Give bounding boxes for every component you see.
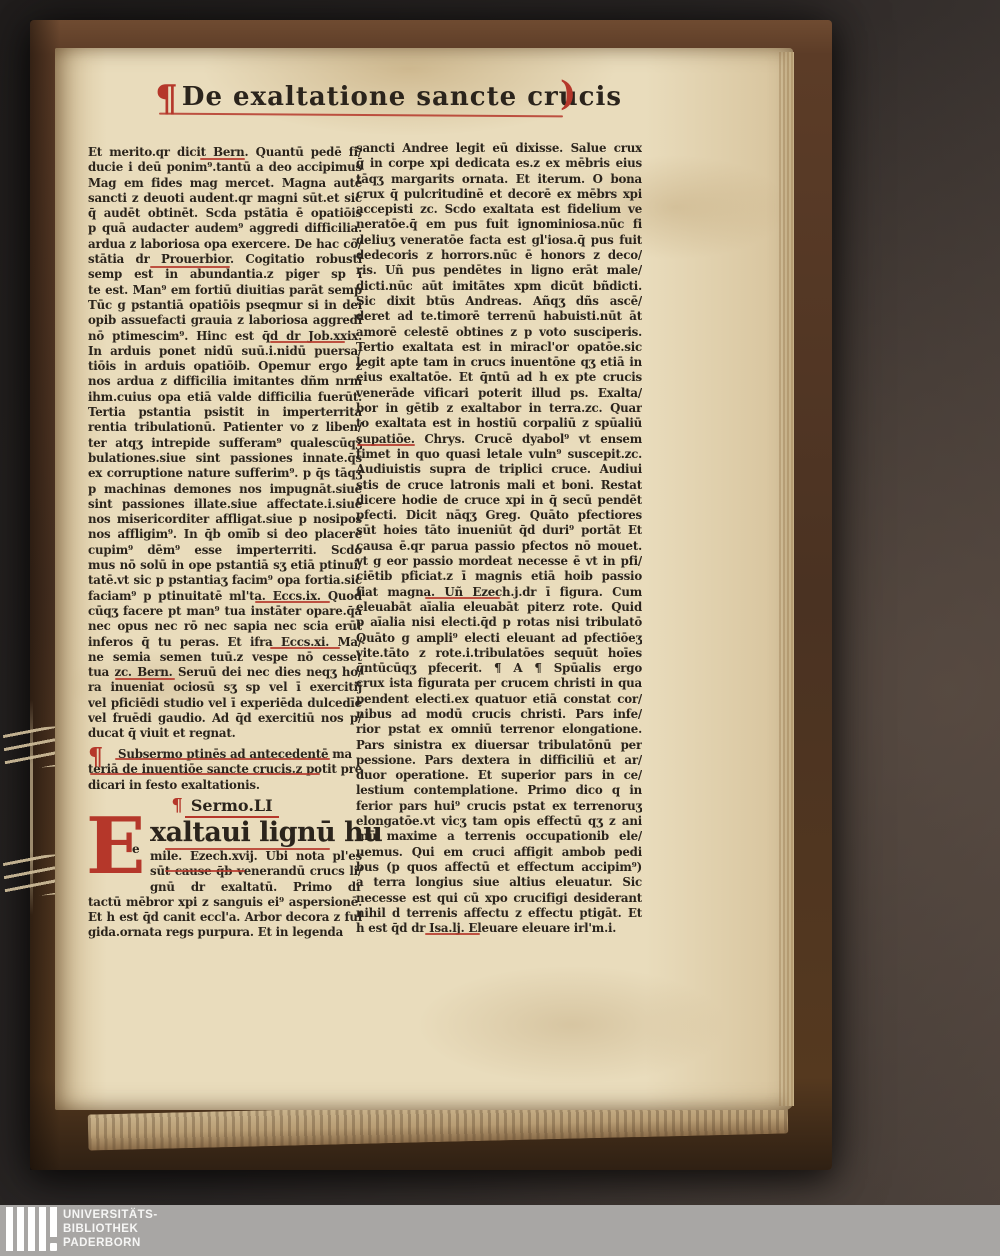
text-line: tatē.vt sic p pstantiaʒ facim⁹ opa forti…: [88, 573, 362, 588]
guide-letter: e: [132, 842, 140, 856]
text-line: bulationes.siue sint passiones innate.q̄…: [88, 451, 362, 466]
text-line: timet in quo quasi letale vuln⁹ suscepit…: [356, 447, 642, 462]
text-line: ducie i deū ponim⁹.tantū a deo accipimus: [88, 160, 362, 175]
text-line: Quāto g ampli⁹ electi eleuant ad pfectiō…: [356, 631, 642, 646]
text-line: a terra longius siue altius eleuatur. Si…: [356, 875, 642, 890]
text-line: nihil d terrenis affectu z effectu ptigā…: [356, 906, 642, 921]
text-line: rentia tribulationū. Patienter vo z libe…: [88, 420, 362, 435]
text-line: q̄ in corpe xpi dedicata es.z ex mēbris …: [356, 156, 642, 171]
page-title: De exaltatione sancte crucis: [182, 82, 622, 112]
text-line: q̄ntūcūqʒ pfecerit. ¶ A ¶ Spūalis ergo: [356, 661, 642, 676]
logo-bar: [39, 1207, 46, 1251]
sewing-thread: [30, 700, 33, 915]
library-footer-band: UNIVERSITÄTS-BIBLIOTHEKPADERBORN: [0, 1205, 1000, 1256]
rubric-underline: [425, 933, 480, 935]
page-fore-edge: [779, 52, 794, 1106]
logo-bar: [28, 1207, 35, 1251]
text-line: PADERBORN: [63, 1236, 158, 1250]
text-line: In arduis ponet nidū suū.i.nidū puersa/: [88, 344, 362, 359]
text-line: ferior pars hui⁹ crucis pstat ex terreno…: [356, 799, 642, 814]
text-line: cūqʒ facere pt man⁹ tua instāter opare.q…: [88, 604, 362, 619]
text-line: tiōis in arduis opatiōib. Opemur ergo z: [88, 359, 362, 374]
text-line: pendent electi.ex quatuor etiā constat c…: [356, 692, 642, 707]
text-line: te est. Man⁹ em fortiū diuitias parāt se…: [88, 283, 362, 298]
text-line: ciētib pficiat.z ī magnis etiā hoib pass…: [356, 569, 642, 584]
rubric-underline: [115, 758, 330, 760]
text-line: lestium contemplatione. Primo dico q in: [356, 783, 642, 798]
rubric-underline: [165, 870, 245, 872]
text-line: p quā audacter audem⁹ aggredi difficilia…: [88, 221, 362, 236]
rubric-underline: [200, 158, 245, 160]
left-text-column: Et merito.qr dicit Bern. Quantū pedē fi/…: [88, 145, 362, 742]
text-line: Sic dixit btūs Andreas. Añqʒ dñs ascē/: [356, 294, 642, 309]
rubric-underline: [165, 848, 330, 850]
text-line: mus nō solū in ope pstantiā sʒ etiā ptin…: [88, 558, 362, 573]
text-line: bor in gētib z exaltabor in terra.zc. Qu…: [356, 401, 642, 416]
text-line: UNIVERSITÄTS-: [63, 1208, 158, 1222]
sermon-number: Sermo.LI: [185, 796, 279, 818]
text-line: tactū mēbror xpi z sanguis ei⁹ aspersion…: [88, 895, 362, 910]
text-line: bus (p quos affectū et effectum accipim⁹…: [356, 860, 642, 875]
text-line: vel pficiēdi studio vel ī experiēda dulc…: [88, 696, 362, 711]
text-line: sint passiones illate.siue affectate.i.s…: [88, 497, 362, 512]
text-line: cupim⁹ dēm⁹ esse imperterriti. Scdo habe…: [88, 543, 362, 558]
text-line: ra inueniat ociosū sʒ sp vel ī exercitij…: [88, 680, 362, 695]
text-line: semp est in abundantia.z piger sp ī eges…: [88, 267, 362, 282]
text-line: necesse est qui cū xpo crucifigi desider…: [356, 891, 642, 906]
text-line: pfecti. Dicit nāqʒ Greg. Quāto pfectiore…: [356, 508, 642, 523]
text-line: nos affligim⁹. In q̄b omīb si deo placer…: [88, 527, 362, 542]
rubric-underline: [255, 601, 330, 603]
text-line: venerāde vificari poterit illud ps. Exal…: [356, 386, 642, 401]
text-line: accepisti zc. Scdo exaltata est fidelium…: [356, 202, 642, 217]
text-line: ducat q̄ viuit et regnat.: [88, 726, 362, 741]
text-line: Tertio exaltata est in miracl'or opatōe.…: [356, 340, 642, 355]
text-line: p aīalia nisi electi.q̄d p rotas nisi tr…: [356, 615, 642, 630]
rubric-underline: [425, 597, 500, 599]
text-line: sūt hoies tāto inueniūt q̄d duri⁹ portāt…: [356, 523, 642, 538]
text-line: sancti Andree legit eū dixisse. Salue cr…: [356, 141, 642, 156]
logo-exclamation-dot: [50, 1243, 57, 1251]
text-line: sancti z deuoti audent.qr magni sūt.et s…: [88, 191, 362, 206]
text-line: Pars sinistra ex diuersar tribulatōnū pe…: [356, 738, 642, 753]
rubricated-initial: E e: [88, 816, 150, 880]
text-line: mile. Ezech.xvij. Ubi nota pl'es: [150, 849, 362, 864]
text-line: Tūc g pstantiā opatiōis pseqmur si in de…: [88, 298, 362, 313]
text-line: crux ista figurata per crucem christi in…: [356, 676, 642, 691]
text-line: eius exaltatōe. Et q̄ntū ad h ex pte cru…: [356, 370, 642, 385]
text-line: mū maxime a terrenis occupationib ele/: [356, 829, 642, 844]
text-line: h est q̄d dr Isa.lj. Eleuare eleuare irl…: [356, 921, 642, 936]
ub-paderborn-logo-icon: [6, 1207, 52, 1253]
text-line: Mag em fides mag mercet. Magna autē: [88, 176, 362, 191]
text-line: vel fruēdi gaudio. Ad q̄d exercitiū nos …: [88, 711, 362, 726]
text-line: gida.ornata regs purpura. Et in legenda: [88, 925, 362, 940]
rubric-underline: [90, 773, 320, 775]
text-line: eleuabāt aīalia eleuabāt piterz rote. Qu…: [356, 600, 642, 615]
text-line: p machinas demones nos impugnāt.siue: [88, 482, 362, 497]
text-line: ardua z laboriosa opa exercere. De hac c…: [88, 237, 362, 252]
incipit-block: E e xaltaui lignū hu mile. Ezech.xvij. U…: [88, 816, 362, 941]
text-line: q̄ audēt obtinēt. Scda pstātia ē opatiōi…: [88, 206, 362, 221]
text-line: stis de cruce latronis mali et boni. Res…: [356, 478, 642, 493]
right-text-column: sancti Andree legit eū dixisse. Salue cr…: [356, 141, 642, 936]
text-line: Et h est q̄d canit eccl'a. Arbor decora …: [88, 910, 362, 925]
rubric-flourish: ): [560, 74, 576, 114]
text-line: dicere hodie de cruce xpi in q̄ secū pen…: [356, 493, 642, 508]
text-line: ihm.cuius opa etiā valde difficilia fuer…: [88, 390, 362, 405]
rubric-pilcrow-icon: ¶: [171, 795, 182, 816]
rubric-underline: [270, 341, 345, 343]
text-line: crux q̄ pulcritudinē et decorē ex mēbrs …: [356, 187, 642, 202]
text-line: duor operatione. Et superior pars in ce/: [356, 768, 642, 783]
text-line: nos misericorditer affligat.siue p nosip…: [88, 512, 362, 527]
text-line: causa ē.qr parua passio pfectos nō mouet…: [356, 539, 642, 554]
text-line: gnū dr exaltatū. Primo dr exaltatū ppt c…: [150, 880, 362, 895]
text-line: ex corruptione nature sufferim⁹. p q̄s t…: [88, 466, 362, 481]
text-line: BIBLIOTHEK: [63, 1222, 158, 1236]
photo-backdrop: ¶De exaltatione sancte crucis ) Et merit…: [0, 0, 1000, 1256]
text-line: opib assuefacti grauia z laboriosa aggre…: [88, 313, 362, 328]
text-line: vt g eor passio mordeat necesse ē vt in …: [356, 554, 642, 569]
text-line: ris. Uñ pus pendētes in ligno erāt male/: [356, 263, 642, 278]
rubric-underline: [270, 647, 340, 649]
text-line: elongatōe.vt vicʒ tam opis effectū qʒ z …: [356, 814, 642, 829]
subsermon-note: Subsermo ptinēs ad antecedentē materiā d…: [88, 747, 362, 793]
manuscript-page: ¶De exaltatione sancte crucis ) Et merit…: [55, 48, 793, 1110]
text-line: nec opus nec rō nec sapia nec scia erūt …: [88, 619, 362, 634]
text-line: tāqʒ margarits ornata. Et iterum. O bona: [356, 172, 642, 187]
text-line: teriā de inuentiōe sancte crucis.z potit…: [88, 762, 362, 777]
text-line: deliuʒ veneratōe facta est gl'iosa.q̄ pu…: [356, 233, 642, 248]
logo-exclamation: [50, 1207, 57, 1237]
text-line: dicari in festo exaltationis.: [88, 778, 362, 793]
text-line: Tertia pstantia psistit in imperterrita …: [88, 405, 362, 420]
text-line: dedecoris z horrors.nūc ē honors z deco/: [356, 248, 642, 263]
rubric-underline: [150, 266, 230, 268]
text-line: dicti.nūc aūt imitātes xpm dicūt bñdicti…: [356, 279, 642, 294]
logo-bar: [17, 1207, 24, 1251]
rubric-underline: [357, 444, 415, 446]
text-line: Subsermo ptinēs ad antecedentē ma: [88, 747, 362, 762]
rubric-underline: [115, 678, 175, 680]
text-line: rior pstat ex omniū terrenor elongatione…: [356, 722, 642, 737]
text-line: Audiuistis supra de triplici cruce. Audi…: [356, 462, 642, 477]
text-line: ter atqʒ intrepide sufferam⁹ qualescūqʒ …: [88, 436, 362, 451]
text-line: uemus. Qui em cruci affigit ambob pedi: [356, 845, 642, 860]
text-line: legit apte tam in crucs inuentōne qʒ eti…: [356, 355, 642, 370]
logo-bar: [6, 1207, 13, 1251]
text-line: deret ad te.timorē terrenū habuisti.nūt …: [356, 309, 642, 324]
text-line: pessione. Pars dextera in difficiliū et …: [356, 753, 642, 768]
text-line: vite.tāto z rote.i.tribulatōes sequūt ho…: [356, 646, 642, 661]
library-name: UNIVERSITÄTS-BIBLIOTHEKPADERBORN: [63, 1208, 158, 1250]
text-line: nibus ad modū crucis christi. Pars infe/: [356, 707, 642, 722]
text-line: to exaltata est in hostiū corpaliū z spū…: [356, 416, 642, 431]
text-line: neratōe.q̄ em pus fuit ignominiosa.nūc f…: [356, 217, 642, 232]
text-line: amorē celestē obtines z p voto susciperi…: [356, 325, 642, 340]
text-line: ne semia semen tuū.z vespe nō cesset man…: [88, 650, 362, 665]
text-line: nos ardua z difficilia imitantes dñm nrm: [88, 374, 362, 389]
